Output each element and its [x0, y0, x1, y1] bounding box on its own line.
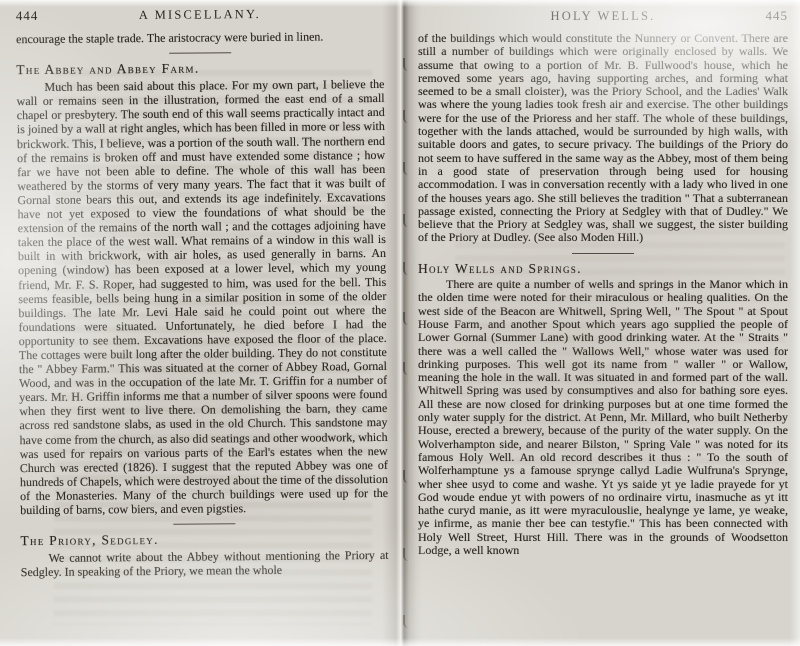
paragraph: Much has been said about this place. For… — [16, 77, 388, 517]
section-divider-rule — [173, 523, 235, 525]
book-scan: 444 A MISCELLANY. encourage the staple t… — [0, 0, 800, 646]
paragraph: We cannot write about the Abbey without … — [21, 548, 389, 579]
section-divider-rule — [169, 52, 231, 54]
paragraph: of the buildings which would constitute … — [418, 32, 788, 245]
running-title: A MISCELLANY. — [56, 6, 344, 24]
section-divider-rule — [572, 253, 634, 254]
section-heading: The Abbey and Abbey Farm. — [16, 60, 384, 77]
section-heading: Holy Wells and Springs. — [418, 262, 788, 275]
page-number: 445 — [748, 8, 788, 24]
page-body: encourage the staple trade. The aristocr… — [16, 29, 389, 580]
page-right: HOLY WELLS. 445 of the buildings which w… — [408, 0, 800, 646]
page-number: 444 — [16, 8, 56, 24]
section-heading: The Priory, Sedgley. — [20, 531, 388, 548]
page-body: of the buildings which would constitute … — [418, 32, 788, 557]
paragraph: There are quite a number of wells and sp… — [418, 278, 788, 557]
running-title: HOLY WELLS. — [458, 9, 748, 24]
page-left: 444 A MISCELLANY. encourage the staple t… — [0, 0, 397, 646]
page-header-left: 444 A MISCELLANY. — [16, 5, 384, 24]
paragraph: encourage the staple trade. The aristocr… — [16, 29, 384, 46]
page-header-right: HOLY WELLS. 445 — [418, 8, 788, 24]
